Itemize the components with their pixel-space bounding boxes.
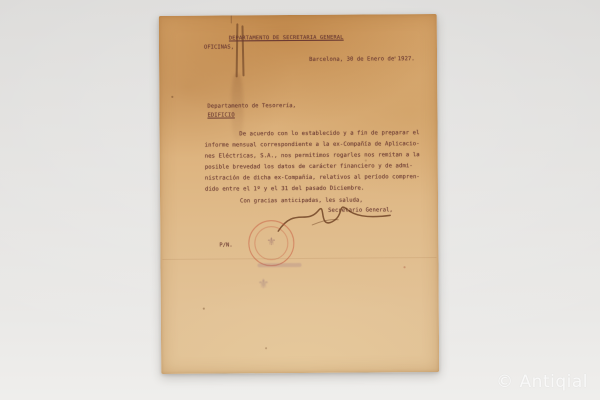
- pen-mark: [241, 25, 244, 76]
- letter-body: De acuerdo con lo establecido y a fin de…: [205, 128, 427, 196]
- photograph-background: DEPARTAMENTO DE SECRETARIA GENERAL OFICI…: [0, 0, 600, 400]
- letter-document: DEPARTAMENTO DE SECRETARIA GENERAL OFICI…: [159, 14, 439, 374]
- pen-mark: [231, 15, 232, 23]
- recipient-location: EDIFICIO: [207, 112, 234, 118]
- letterhead-office: OFICINAS,: [204, 44, 234, 50]
- dateline: Barcelona, 30 de Enero de 1927.: [309, 56, 415, 63]
- reference-initials: P/N.: [219, 242, 232, 248]
- watermark: © Antiqial: [496, 372, 588, 392]
- faint-crest-stamp-icon: ⚜: [258, 277, 270, 292]
- paper-fold-line: [162, 257, 436, 260]
- paper-specks: [159, 16, 161, 18]
- red-circular-stamp: ⚜: [248, 220, 294, 266]
- stamp-crest-icon: ⚜: [249, 235, 293, 248]
- letterhead-department: DEPARTAMENTO DE SECRETARIA GENERAL: [229, 35, 344, 42]
- pen-mark: [236, 23, 238, 77]
- faint-stamp-text: [257, 263, 301, 267]
- recipient-department: Departamento de Tesorería,: [207, 103, 296, 110]
